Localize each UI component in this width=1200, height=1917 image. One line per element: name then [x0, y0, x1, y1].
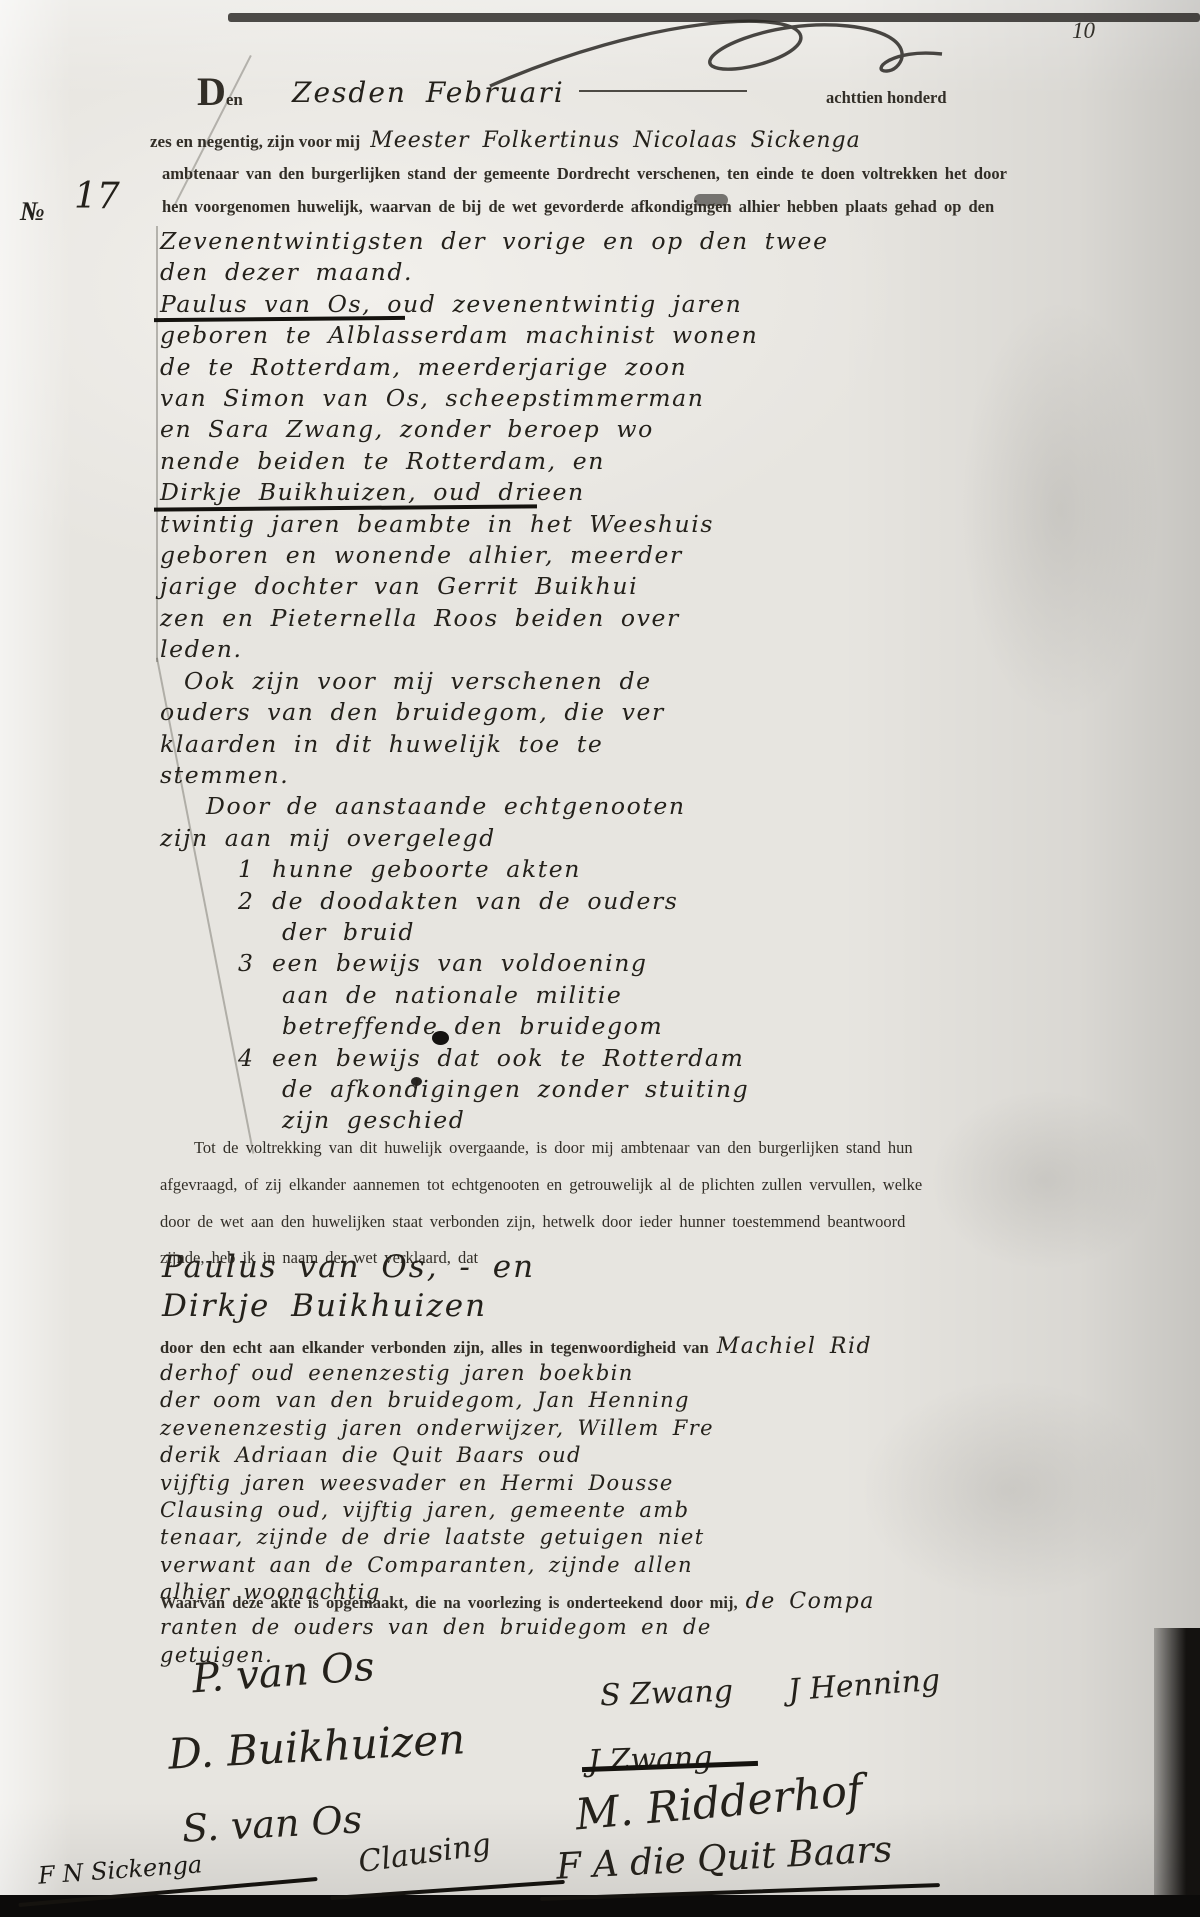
printed-line: door de wet aan den huwelijken staat ver…	[160, 1204, 1010, 1241]
printed-echt-lead: door den echt aan elkander verbonden zij…	[160, 1338, 709, 1357]
hw-line: klaarden in dit huwelijk toe te	[160, 729, 980, 760]
signature-official: F N Sickenga	[37, 1850, 203, 1889]
hw-line: nende beiden te Rotterdam, en	[160, 446, 980, 477]
hw-line: Ook zijn voor mij verschenen de	[160, 666, 980, 697]
hw-line: stemmen.	[160, 760, 980, 791]
document-item: 4een bewijs dat ook te Rotterdam	[160, 1043, 980, 1074]
hw-line: Clausing oud, vijftig jaren, gemeente am…	[160, 1497, 990, 1524]
groom-rest: oud zevenentwintig jaren	[387, 290, 742, 318]
document-text: een bewijs van voldoening	[272, 949, 648, 977]
document-text: de doodakten van de ouders	[272, 887, 678, 915]
hw-line: Door de aanstaande echtgenooten	[160, 791, 980, 822]
vow-bride-name: Dirkje Buikhuizen	[162, 1287, 535, 1326]
printed-line: afgevraagd, of zij elkander aannemen tot…	[160, 1167, 1010, 1204]
scanned-marriage-certificate: 10 № 17 Den Zesden Februari achttien hon…	[0, 0, 1200, 1917]
signature-mother: S Zwang	[599, 1674, 733, 1714]
handwritten-vow-names: Paulus van Os, - en Dirkje Buikhuizen	[162, 1248, 535, 1326]
hw-line: ranten de ouders van den bruidegom en de	[160, 1614, 712, 1642]
hw-line: geboren te Alblasserdam machinist wonen	[160, 320, 980, 351]
hw-line: derik Adriaan die Quit Baars oud	[160, 1442, 990, 1469]
vow-groom-name: Paulus van Os, - en	[162, 1248, 535, 1287]
hw-line: den dezer maand.	[160, 257, 980, 288]
document-text: de afkondigingen zonder stuiting	[160, 1074, 980, 1105]
closing-lead-line: Waarvan deze akte is opgemaakt, die na v…	[160, 1589, 875, 1614]
signature-struck-out: J Zwang	[587, 1740, 713, 1779]
handwritten-witness-start: Machiel Rid	[717, 1334, 872, 1359]
date-text: Zesden Februari	[292, 76, 565, 109]
hw-line: geboren en wonende alhier, meerder	[160, 540, 980, 571]
document-number: 4	[238, 1043, 272, 1074]
handwritten-closing-start: de Compa	[746, 1589, 875, 1614]
document-item: 3een bewijs van voldoening	[160, 948, 980, 979]
document-item: 1hunne geboorte akten	[160, 854, 980, 885]
hw-line: derhof oud eenenzestig jaren boekbin	[160, 1360, 990, 1387]
hw-line: zen en Pieternella Roos beiden over	[160, 603, 980, 634]
bride-rest: oud drieen	[433, 478, 585, 506]
document-text: betreffende den bruidegom	[160, 1011, 980, 1042]
printed-waarvan-lead: Waarvan deze akte is opgemaakt, die na v…	[160, 1593, 738, 1612]
document-text: een bewijs dat ook te Rotterdam	[272, 1044, 744, 1072]
signature-father: S. van Os	[181, 1797, 363, 1850]
hw-line: Zevenentwintigsten der vorige en op den …	[160, 226, 980, 257]
hw-line: de te Rotterdam, meerderjarige zoon	[160, 352, 980, 383]
hw-line: zevenenzestig jaren onderwijzer, Willem …	[160, 1415, 990, 1442]
hw-line: en Sara Zwang, zonder beroep wo	[160, 414, 980, 445]
handwritten-witnesses: derhof oud eenenzestig jaren boekbin der…	[160, 1360, 990, 1607]
paper-smudge	[960, 300, 1160, 720]
bride-name: Dirkje Buikhuizen,	[160, 478, 417, 506]
printed-achttien-honderd: achttien honderd	[826, 88, 947, 108]
hw-line: tenaar, zijnde de drie laatste getuigen …	[160, 1524, 990, 1551]
signature-witness-baars: F A die Quit Baars	[555, 1829, 893, 1888]
margin-number-label: №	[20, 196, 45, 227]
den-rest: en	[226, 90, 243, 109]
hw-line: leden.	[160, 634, 980, 665]
document-item: 2de doodakten van de ouders	[160, 886, 980, 917]
printed-intro-line-3: ambtenaar van den burgerlijken stand der…	[162, 164, 1007, 184]
document-number: 1	[238, 854, 272, 885]
groom-name: Paulus van Os,	[160, 290, 371, 318]
groom-line: Paulus van Os, oud zevenentwintig jaren	[160, 289, 980, 320]
hw-line: der oom van den bruidegom, Jan Henning	[160, 1387, 990, 1414]
document-number: 3	[238, 948, 272, 979]
printed-den: Den	[197, 68, 243, 115]
document-number: 2	[238, 886, 272, 917]
hw-line: vijftig jaren weesvader en Hermi Dousse	[160, 1470, 990, 1497]
signature-witness-henning: J Henning	[787, 1663, 941, 1709]
hw-line: twintig jaren beambte in het Weeshuis	[160, 509, 980, 540]
hw-line: ouders van den bruidegom, die ver	[160, 697, 980, 728]
printed-year-continuation: zes en negentig, zijn voor mij	[150, 132, 360, 151]
handwritten-official-name: Meester Folkertinus Nicolaas Sickenga	[370, 128, 861, 153]
signature-witness-clausing: Clausing	[356, 1827, 493, 1880]
bride-line: Dirkje Buikhuizen, oud drieen	[160, 477, 980, 508]
hw-line: zijn aan mij overgelegd	[160, 823, 980, 854]
witnesses-lead-line: door den echt aan elkander verbonden zij…	[160, 1334, 872, 1359]
document-text: hunne geboorte akten	[272, 855, 581, 883]
document-text: aan de nationale militie	[160, 980, 980, 1011]
signature-bride: D. Buikhuizen	[167, 1714, 466, 1778]
page-number: 10	[1072, 18, 1095, 44]
handwritten-date: Zesden Februari	[292, 76, 747, 109]
hw-line: verwant aan de Comparanten, zijnde allen	[160, 1552, 990, 1579]
scan-edge-right	[1154, 1628, 1200, 1917]
den-initial: D	[197, 69, 226, 114]
hw-line: jarige dochter van Gerrit Buikhui	[160, 571, 980, 602]
paper-crease	[156, 226, 158, 662]
printed-line: Tot de voltrekking van dit huwelijk over…	[160, 1130, 1010, 1167]
margin-number-value: 17	[74, 176, 120, 217]
hw-line: van Simon van Os, scheepstimmerman	[160, 383, 980, 414]
intro-line-2: zes en negentig, zijn voor mijMeester Fo…	[150, 128, 861, 153]
filler-dash	[579, 90, 747, 92]
document-text: der bruid	[160, 917, 980, 948]
handwritten-body: Zevenentwintigsten der vorige en op den …	[160, 226, 980, 1137]
printed-intro-line-4: hen voorgenomen huwelijk, waarvan de bij…	[162, 197, 994, 217]
